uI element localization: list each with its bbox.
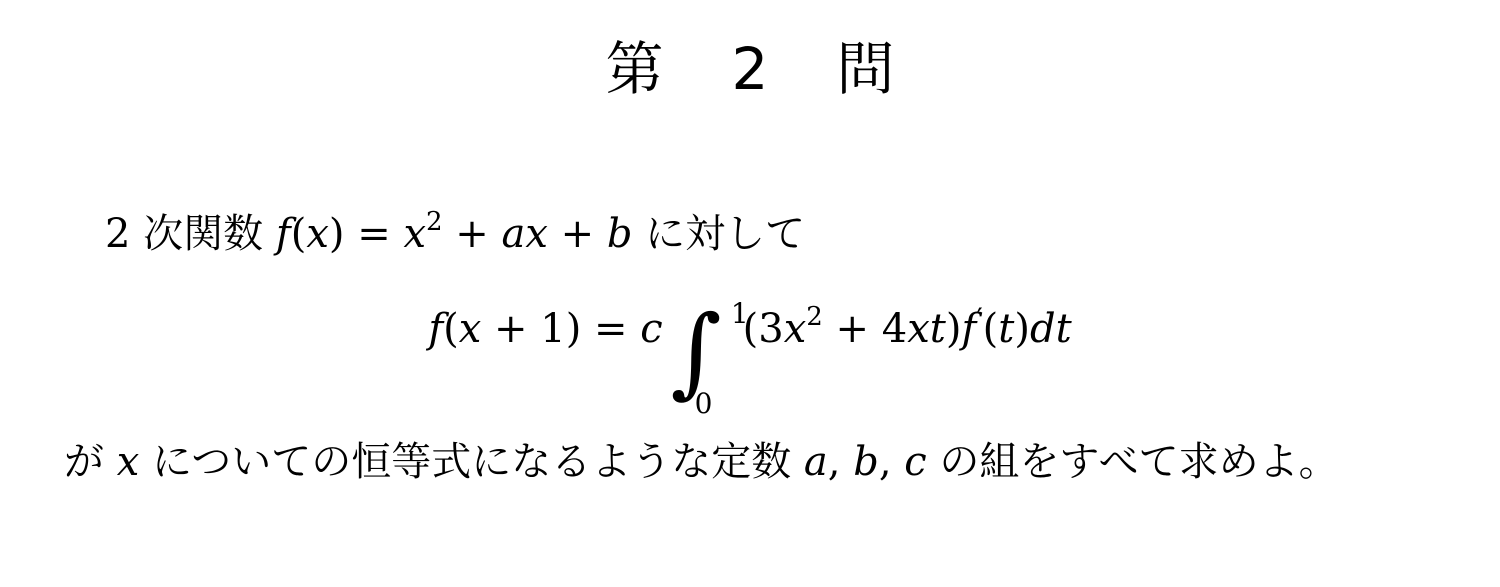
text-token: c [640, 306, 662, 352]
text-token: 次関数 [130, 211, 275, 257]
text-token: ) [946, 306, 962, 352]
text-token: xt [907, 306, 946, 352]
text-token: ( [443, 306, 459, 352]
text-token: が [64, 439, 117, 485]
problem-title: 第 2 問 [0, 38, 1500, 102]
text-token: + [443, 211, 502, 257]
equation-integrand: (3x2 + 4xt)f′(t)dt [743, 302, 1072, 352]
text-token: + [548, 211, 607, 257]
text-token: x [459, 306, 482, 352]
equation-lhs: f(x + 1) = c [428, 306, 662, 352]
text-token: ) = [329, 211, 404, 257]
text-token: x [306, 211, 329, 257]
text-token: 2 [426, 207, 443, 237]
text-token: x [403, 211, 426, 257]
problem-title-suffix: 問 [836, 38, 894, 102]
text-token: に対して [632, 211, 805, 257]
text-token: ) [1014, 306, 1030, 352]
text-token: b [853, 439, 879, 485]
problem-title-prefix: 第 [606, 38, 664, 102]
problem-page: { "colors": { "text": "#000000", "backgr… [0, 0, 1500, 587]
text-token: t [998, 306, 1014, 352]
text-token: , [879, 439, 904, 485]
text-token: x [784, 306, 807, 352]
text-token: f [962, 306, 977, 352]
text-token: f [428, 306, 443, 352]
text-token: (3 [743, 306, 784, 352]
text-token: ax [502, 211, 548, 257]
integral: ∫ 1 0 [671, 306, 733, 410]
text-token: 2 [105, 211, 130, 257]
integral-lower-limit: 0 [695, 390, 713, 418]
text-token: + 1) = [481, 306, 640, 352]
text-token: ( [983, 306, 999, 352]
text-token: , [828, 439, 853, 485]
text-token: についての恒等式になるような定数 [139, 439, 804, 485]
text-token: b [607, 211, 633, 257]
text-token: + 4 [823, 306, 907, 352]
text-token: 2 [806, 302, 823, 332]
closing-line: が x についての恒等式になるような定数 a, b, c の組をすべて求めよ。 [64, 436, 1339, 488]
problem-number: 2 [732, 38, 769, 102]
text-token: a [804, 439, 828, 485]
text-token: の組をすべて求めよ。 [927, 439, 1339, 485]
intro-line: 2 次関数 f(x) = x2 + ax + b に対して [105, 196, 805, 260]
text-token: c [904, 439, 926, 485]
text-token: ( [291, 211, 307, 257]
display-equation: f(x + 1) = c ∫ 1 0 (3x2 + 4xt)f′(t)dt [0, 302, 1500, 377]
text-token: dt [1030, 306, 1072, 352]
text-token: f [276, 211, 291, 257]
integral-upper-limit: 1 [731, 300, 749, 328]
text-token: x [117, 439, 140, 485]
